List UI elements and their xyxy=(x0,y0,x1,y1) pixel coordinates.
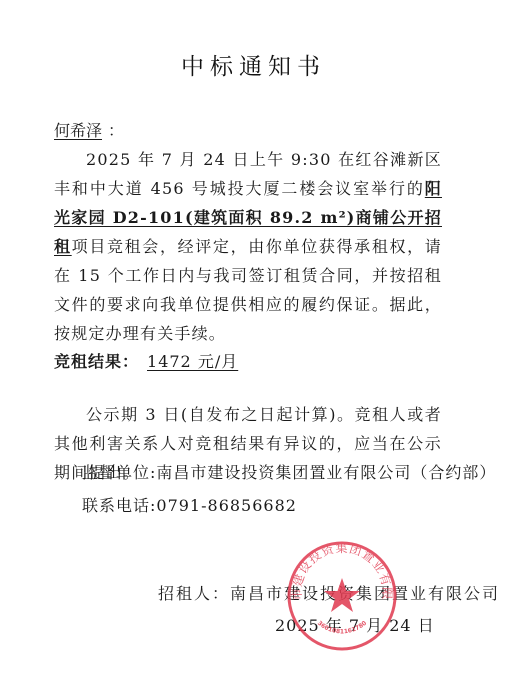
salutation: 何希泽： xyxy=(54,118,124,141)
bid-result: 竞租结果：1472 元/月 xyxy=(54,349,244,372)
award-text-before: 2025 年 7 月 24 日上午 9:30 在红谷滩新区丰和中大道 456 号… xyxy=(54,150,442,198)
document-title: 中标通知书 xyxy=(0,48,507,81)
salutation-colon: ： xyxy=(108,121,124,140)
bid-result-label: 竞租结果： xyxy=(54,352,139,371)
award-text-after: 项目竞租会，经评定，由你单位获得承租权，请在 15 个工作日内与我司签订租赁合同… xyxy=(54,237,442,343)
recipient-name: 何希泽 xyxy=(54,121,108,140)
supervisor-unit: 监督单位:南昌市建设投资集团置业有限公司（合约部） xyxy=(82,460,496,483)
contact-phone: 联系电话:0791-86856682 xyxy=(82,493,297,516)
issue-date: 2025 年 7 月 24 日 xyxy=(275,613,435,636)
award-paragraph: 2025 年 7 月 24 日上午 9:30 在红谷滩新区丰和中大道 456 号… xyxy=(54,145,442,348)
bid-result-value: 1472 元/月 xyxy=(139,352,244,371)
notice-document: 中标通知书 何希泽： 2025 年 7 月 24 日上午 9:30 在红谷滩新区… xyxy=(0,0,507,690)
lessor-signature: 招租人：南昌市建设投资集团置业有限公司 xyxy=(158,581,500,604)
